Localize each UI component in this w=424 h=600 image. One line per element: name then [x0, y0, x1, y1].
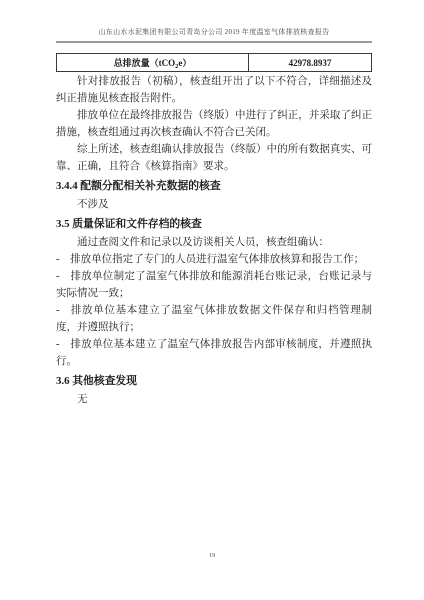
- bullet-text: 排放单位指定了专门的人员进行温室气体排放核算和报告工作；: [70, 254, 364, 265]
- bullet-marker: -: [56, 268, 70, 285]
- paragraph: 通过查阅文件和记录以及访谈相关人员，核查组确认：: [56, 234, 372, 251]
- page-number: 19: [0, 552, 424, 559]
- section-heading: 3.4.4 配额分配相关补充数据的核查: [56, 178, 372, 195]
- bullet-marker: -: [56, 302, 70, 319]
- total-emissions-label: 总排放量（tCO2e）: [57, 54, 249, 72]
- label-suffix: e）: [178, 58, 191, 68]
- bullet-item: -排放单位基本建立了温室气体排放数据文件保存和归档管理制度，并遵照执行；: [56, 302, 372, 336]
- paragraph: 无: [56, 391, 372, 408]
- section-heading: 3.6 其他核查发现: [56, 373, 372, 390]
- section-heading: 3.5 质量保证和文件存档的核查: [56, 216, 372, 233]
- bullet-marker: -: [56, 336, 70, 353]
- paragraph: 综上所述，核查组确认排放报告（终版）中的所有数据真实、可靠、正确，且符合《核算指…: [56, 141, 372, 175]
- bullet-item: -排放单位制定了温室气体排放和能源消耗台账记录，台账记录与实际情况一致；: [56, 268, 372, 302]
- document-body: 针对排放报告（初稿），核查组开出了以下不符合，详细描述及纠正措施见核查报告附件。…: [56, 73, 372, 408]
- bullet-text: 排放单位基本建立了温室气体排放报告内部审核制度，并遵照执行。: [56, 339, 372, 367]
- bullet-text: 排放单位制定了温室气体排放和能源消耗台账记录，台账记录与实际情况一致；: [56, 271, 372, 299]
- bullet-item: -排放单位指定了专门的人员进行温室气体排放核算和报告工作；: [56, 251, 372, 268]
- total-emissions-value: 42978.8937: [248, 54, 371, 72]
- paragraph: 排放单位在最终排放报告（终版）中进行了纠正，并采取了纠正措施，核查组通过再次核查…: [56, 107, 372, 141]
- bullet-marker: -: [56, 251, 70, 268]
- document-page: 山东山水水泥集团有限公司青岛分公司 2019 年度温室气体排放核查报告 总排放量…: [0, 0, 424, 600]
- table-row: 总排放量（tCO2e） 42978.8937: [57, 54, 372, 72]
- paragraph: 不涉及: [56, 196, 372, 213]
- bullet-item: -排放单位基本建立了温室气体排放报告内部审核制度，并遵照执行。: [56, 336, 372, 370]
- label-prefix: 总排放量（tCO: [114, 58, 176, 68]
- paragraph: 针对排放报告（初稿），核查组开出了以下不符合，详细描述及纠正措施见核查报告附件。: [56, 73, 372, 107]
- total-emissions-table: 总排放量（tCO2e） 42978.8937: [56, 53, 372, 72]
- page-header-title: 山东山水水泥集团有限公司青岛分公司 2019 年度温室气体排放核查报告: [56, 27, 372, 43]
- bullet-text: 排放单位基本建立了温室气体排放数据文件保存和归档管理制度，并遵照执行；: [56, 305, 372, 333]
